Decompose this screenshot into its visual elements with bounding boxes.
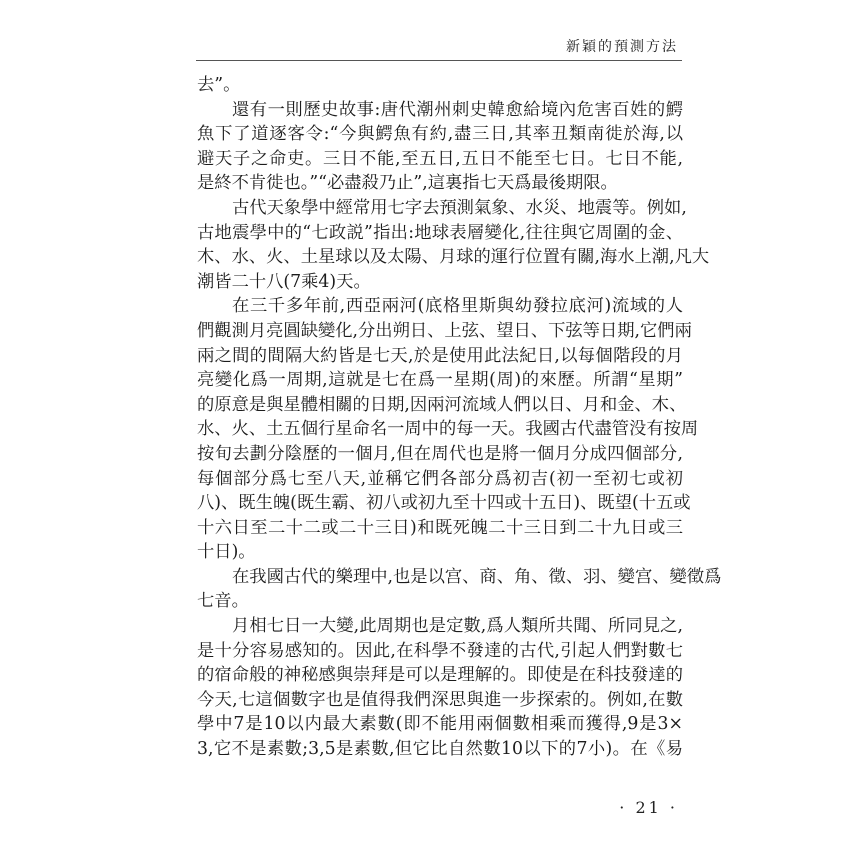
text-line: 是十分容易感知的。因此,在科學不發達的古代,引起人們對數七 (197, 639, 683, 664)
text-line: 去”。 (197, 73, 683, 98)
text-line: 十日)。 (197, 540, 683, 565)
header-rule (196, 60, 682, 61)
text-line: 避天子之命吏。三日不能,至五日,五日不能至七日。七日不能, (197, 147, 683, 172)
text-line: 古地震學中的“七政説”指出:地球表層變化,往往與它周圍的金、 (197, 221, 683, 246)
text-line: 學中7是10以内最大素數(即不能用兩個數相乘而獲得,9是3× (197, 712, 683, 737)
text-line: 古代天象學中經常用七字去預測氣象、水災、地震等。例如, (197, 196, 683, 221)
text-line: 的宿命般的神秘感與崇拜是可以是理解的。即使是在科技發達的 (197, 663, 683, 688)
page-number: · 21 · (619, 798, 678, 817)
text-line: 潮皆二十八(7乘4)天。 (197, 270, 683, 295)
text-line: 月相七日一大變,此周期也是定數,爲人類所共聞、所同見之, (197, 614, 683, 639)
text-line: 十六日至二十二或二十三日)和既死魄二十三日到二十九日或三 (197, 516, 683, 541)
text-line: 亮變化爲一周期,這就是七在爲一星期(周)的來歷。所謂“星期” (197, 368, 683, 393)
text-line: 還有一則歷史故事:唐代潮州刺史韓愈給境內危害百姓的鰐 (197, 98, 683, 123)
text-line: 們觀測月亮圓缺變化,分出朔日、上弦、望日、下弦等日期,它們兩 (197, 319, 683, 344)
text-line: 兩之間的間隔大約皆是七天,於是使用此法紀日,以每個階段的月 (197, 344, 683, 369)
text-line: 七音。 (197, 589, 683, 614)
text-line: 水、火、土五個行星命名一周中的每一天。我國古代盡管没有按周 (197, 417, 683, 442)
text-line: 八)、既生魄(既生霸、初八或初九至十四或十五日)、既望(十五或 (197, 491, 683, 516)
text-line: 每個部分爲七至八天,並稱它們各部分爲初吉(初一至初七或初 (197, 467, 683, 492)
text-line: 今天,七這個數字也是值得我們深思與進一步探索的。例如,在數 (197, 688, 683, 713)
text-line: 魚下了道逐客令:“今與鰐魚有約,盡三日,其率丑類南徙於海,以 (197, 122, 683, 147)
text-line: 按旬去劃分陰歷的一個月,但在周代也是將一個月分成四個部分, (197, 442, 683, 467)
text-line: 在三千多年前,西亞兩河(底格里斯與幼發拉底河)流域的人 (197, 294, 683, 319)
text-line: 是終不肯徙也。”“必盡殺乃止”,這裏指七天爲最後期限。 (197, 171, 683, 196)
text-line: 木、水、火、土星球以及太陽、月球的運行位置有關,海水上潮,凡大 (197, 245, 683, 270)
text-line: 的原意是與星體相關的日期,因兩河流域人們以日、月和金、木、 (197, 393, 683, 418)
text-line: 在我國古代的樂理中,也是以宫、商、角、徵、羽、變宫、變徵爲 (197, 565, 683, 590)
text-line: 3,它不是素數;3,5是素數,但它比自然數10以下的7小)。在《易 (197, 737, 683, 762)
body-text: 去”。還有一則歷史故事:唐代潮州刺史韓愈給境內危害百姓的鰐魚下了道逐客令:“今與… (197, 73, 683, 762)
running-header-title: 新穎的預測方法 (566, 36, 678, 56)
